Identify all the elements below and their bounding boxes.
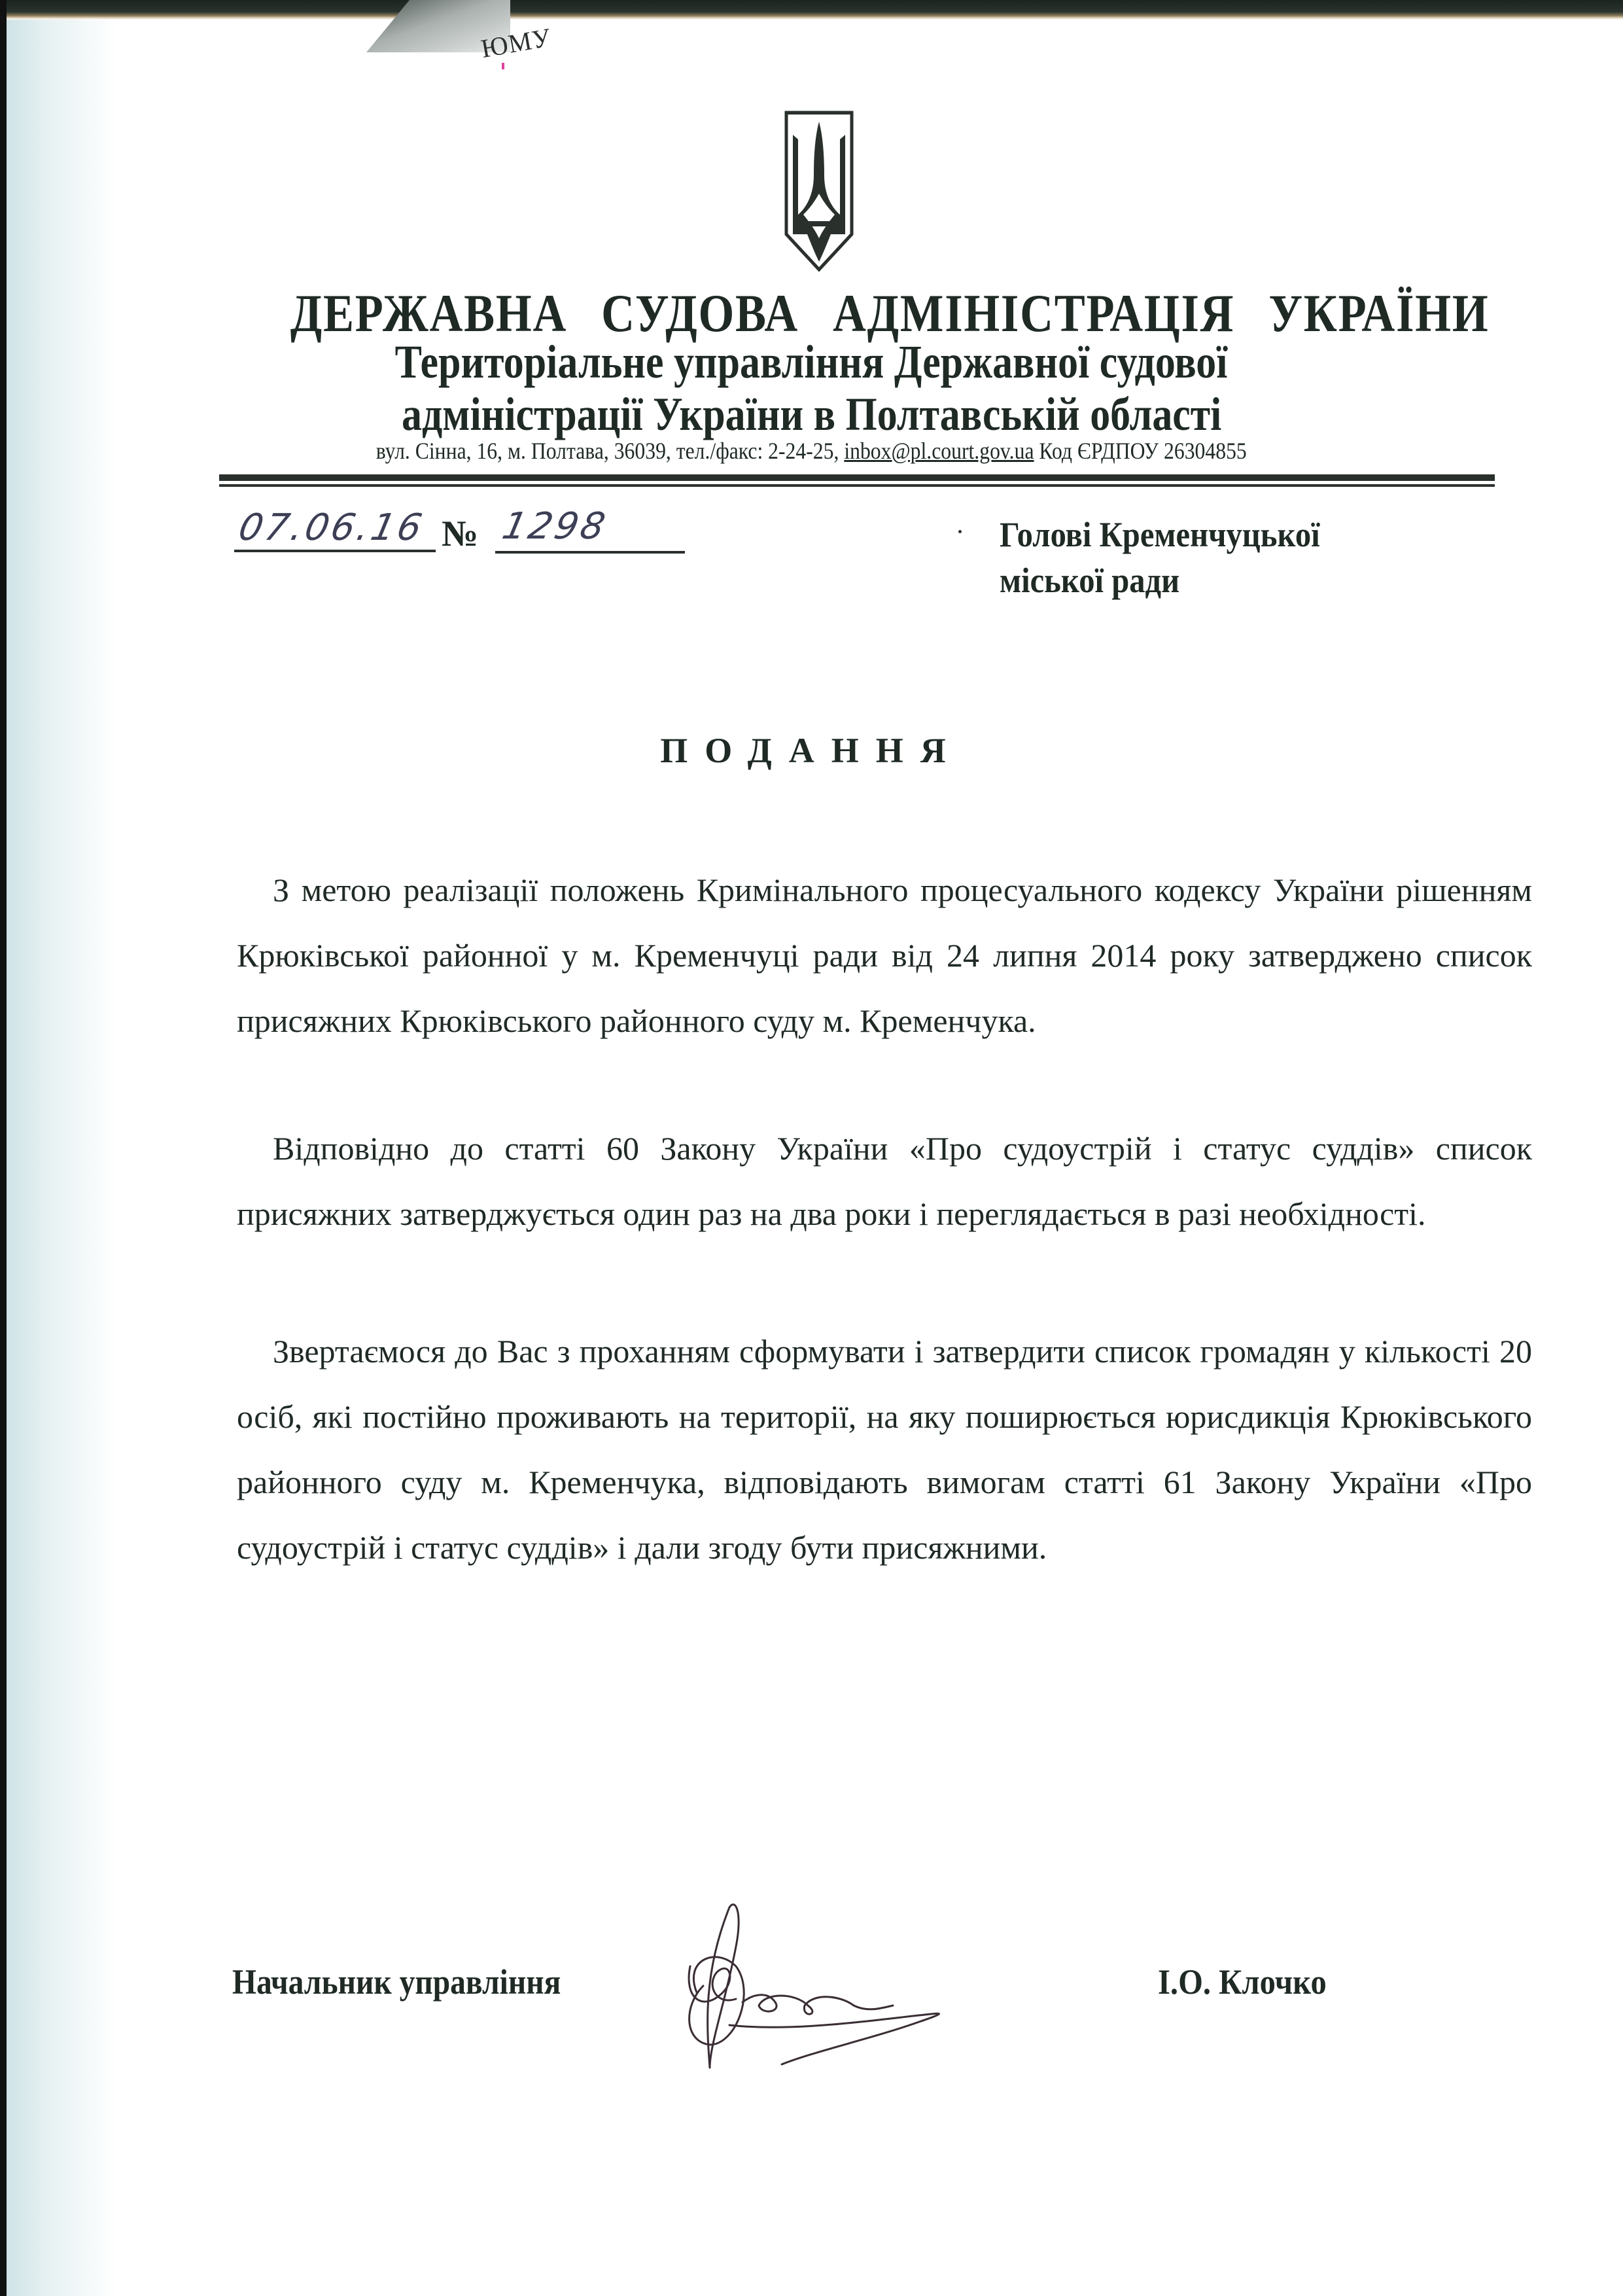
ink-mark [502,63,504,69]
scan-top-edge [0,0,1623,20]
registration-number: 1298 [498,505,611,548]
document-title: ПОДАННЯ [0,730,1623,771]
email-link[interactable]: inbox@pl.court.gov.ua [845,438,1034,464]
signatory-name: І.О. Клочко [1158,1962,1327,2002]
ink-dot [958,530,962,533]
address-text: вул. Сінна, 16, м. Полтава, 36039, тел./… [376,438,845,464]
signatory-position: Начальник управління [232,1962,561,2002]
org-name-line3: адміністрації України в Полтавській обла… [0,387,1623,442]
body-paragraph-1: З метою реалізації положень Кримінальног… [237,857,1532,1053]
header-rule-thick [219,474,1495,481]
registration-number-field: 1298 [495,512,685,554]
body-paragraph-2: Відповідно до статті 60 Закону України «… [237,1116,1532,1246]
handwritten-signature [644,1894,1050,2071]
header-rule-thin [219,484,1495,487]
addressee-line2: міської ради [1000,557,1320,603]
edrpou-code: Код ЄРДПОУ 26304855 [1034,438,1247,464]
number-sign: № [442,513,478,555]
addressee-line1: Голові Кременчуцької [1000,512,1320,557]
ukraine-trident-icon [784,110,854,272]
org-address: вул. Сінна, 16, м. Полтава, 36039, тел./… [0,437,1623,465]
registration-date: 07.06.16 [235,506,428,549]
registration-date-field: 07.06.16 [234,510,436,552]
org-name-line2: Територіальне управління Державної судов… [0,335,1623,389]
addressee-block: Голові Кременчуцької міської ради [1000,512,1320,603]
body-paragraph-3: Звертаємося до Вас з проханням сформуват… [237,1318,1532,1580]
